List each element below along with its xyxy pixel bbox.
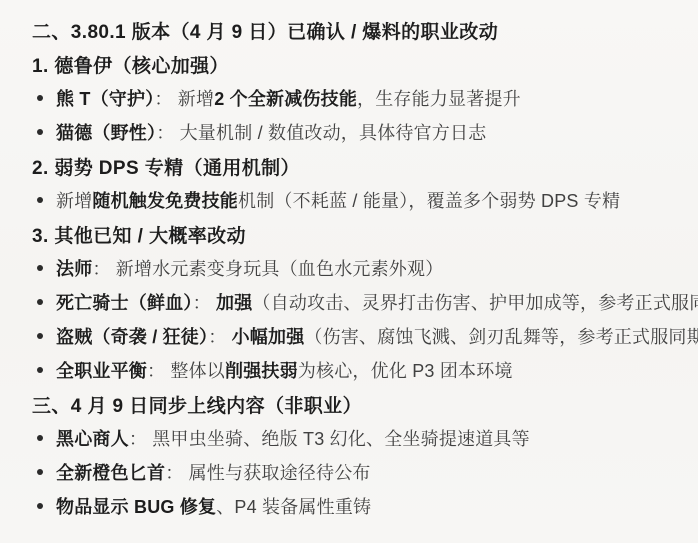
title-text: 二、3.80.1 版本（4 月 9 日）已确认 / 爆料的职业改动 — [32, 17, 498, 44]
bullet-label: 死亡骑士（鲜血） — [56, 293, 193, 313]
bullet-orange-dagger: 全新橙色匕首： 属性与获取途径待公布 — [32, 455, 684, 489]
subsection-title-text: 2. 弱势 DPS 专精（通用机制） — [32, 153, 300, 180]
section-title-sync-content: 三、4 月 9 日同步上线内容（非职业） — [32, 387, 684, 421]
bullet-mage: 法师： 新增水元素变身玩具（血色水元素外观） — [32, 251, 684, 285]
bullet-dot-icon — [37, 367, 43, 373]
bullet-label: 黑心商人 — [56, 429, 129, 449]
bullet-rogue: 盗贼（奇袭 / 狂徒）： 小幅加强（伤害、腐蚀飞溅、剑刃乱舞等，参考正式服同期） — [32, 319, 684, 353]
section-title-version-changes: 二、3.80.1 版本（4 月 9 日）已确认 / 爆料的职业改动 — [32, 13, 684, 47]
bullet-label: 盗贼（奇袭 / 狂徒） — [56, 327, 208, 347]
text-segment-bold: 加强 — [216, 293, 252, 313]
bullet-dot-icon — [37, 197, 43, 203]
bullet-dot-icon — [37, 469, 43, 475]
document-page: 二、3.80.1 版本（4 月 9 日）已确认 / 爆料的职业改动 1. 德鲁伊… — [0, 0, 698, 543]
bullet-dot-icon — [37, 265, 43, 271]
subsection-druid: 1. 德鲁伊（核心加强） — [32, 47, 684, 81]
bullet-bear-tank: 熊 T（守护）： 新增2 个全新减伤技能，生存能力显著提升 — [32, 81, 684, 115]
bullet-dot-icon — [37, 129, 43, 135]
bullet-death-knight: 死亡骑士（鲜血）： 加强（自动攻击、灵界打击伤害、护甲加成等，参考正式服同期） — [32, 285, 684, 319]
text-segment: ： 新增 — [154, 89, 214, 109]
title-text: 三、4 月 9 日同步上线内容（非职业） — [32, 391, 362, 418]
text-segment: （伤害、腐蚀飞溅、剑刃乱舞等，参考正式服同期） — [304, 327, 698, 347]
bullet-label: 猫德（野性） — [56, 123, 156, 143]
text-segment: 新增 — [56, 191, 92, 211]
bullet-feral-druid: 猫德（野性）： 大量机制 / 数值改动，具体待官方日志 — [32, 115, 684, 149]
bullet-dot-icon — [37, 333, 43, 339]
bullet-label: 法师 — [56, 259, 92, 279]
bullet-label: 全新橙色匕首 — [56, 463, 165, 483]
text-segment: 机制（不耗蓝 / 能量），覆盖多个弱势 DPS 专精 — [238, 191, 620, 211]
text-segment: ： 新增水元素变身玩具（血色水元素外观） — [92, 259, 443, 279]
bullet-free-proc-mechanic: 新增随机触发免费技能机制（不耗蓝 / 能量），覆盖多个弱势 DPS 专精 — [32, 183, 684, 217]
text-segment: 、P4 装备属性重铸 — [216, 497, 371, 517]
bullet-bug-fix: 物品显示 BUG 修复、P4 装备属性重铸 — [32, 489, 684, 523]
bullet-label: 熊 T（守护） — [56, 89, 154, 109]
bullet-dot-icon — [37, 95, 43, 101]
bullet-label: 物品显示 BUG 修复 — [56, 497, 216, 517]
subsection-title-text: 1. 德鲁伊（核心加强） — [32, 51, 229, 78]
text-segment: ： 大量机制 / 数值改动，具体待官方日志 — [156, 123, 486, 143]
subsection-other-changes: 3. 其他已知 / 大概率改动 — [32, 217, 684, 251]
subsection-weak-dps: 2. 弱势 DPS 专精（通用机制） — [32, 149, 684, 183]
bullet-black-market: 黑心商人： 黑甲虫坐骑、绝版 T3 幻化、全坐骑提速道具等 — [32, 421, 684, 455]
bullet-dot-icon — [37, 435, 43, 441]
text-segment-bold: 削强扶弱 — [225, 361, 298, 381]
bullet-dot-icon — [37, 299, 43, 305]
text-segment: ： 黑甲虫坐骑、绝版 T3 幻化、全坐骑提速道具等 — [129, 429, 530, 449]
text-segment-bold: 随机触发免费技能 — [92, 191, 238, 211]
text-segment: ： — [208, 327, 231, 347]
bullet-dot-icon — [37, 503, 43, 509]
text-segment: （自动攻击、灵界打击伤害、护甲加成等，参考正式服同期） — [252, 293, 698, 313]
text-segment-bold: 小幅加强 — [232, 327, 305, 347]
bullet-label: 全职业平衡 — [56, 361, 147, 381]
subsection-title-text: 3. 其他已知 / 大概率改动 — [32, 221, 246, 248]
text-segment: ： — [193, 293, 216, 313]
text-segment: ，生存能力显著提升 — [357, 89, 521, 109]
text-segment: ： 属性与获取途径待公布 — [165, 463, 370, 483]
text-segment: ： 整体以 — [147, 361, 225, 381]
text-segment-bold: 2 个全新减伤技能 — [214, 89, 357, 109]
bullet-class-balance: 全职业平衡： 整体以削强扶弱为核心，优化 P3 团本环境 — [32, 353, 684, 387]
text-segment: 为核心，优化 P3 团本环境 — [298, 361, 513, 381]
